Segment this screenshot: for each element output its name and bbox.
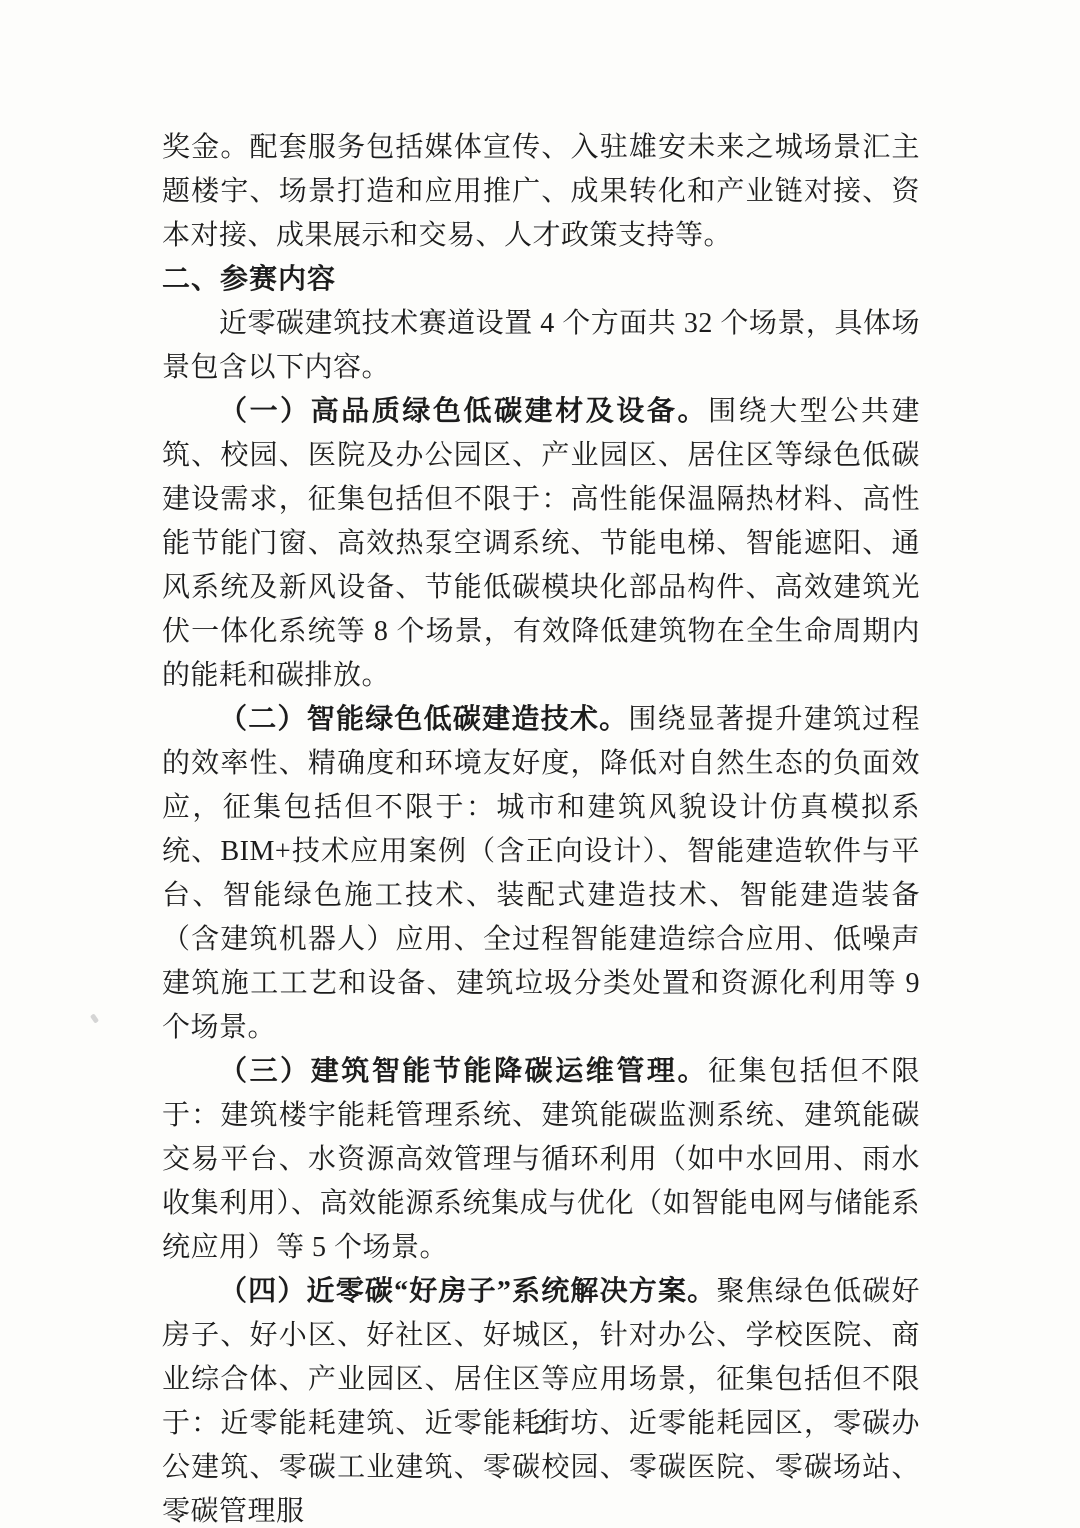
- paragraph-lead-bold: （三）建筑智能节能降碳运维管理。: [219, 1056, 708, 1087]
- paragraph-lead-bold: （一）高品质绿色低碳建材及设备。: [219, 396, 708, 427]
- paragraph-item-1: （一）高品质绿色低碳建材及设备。围绕大型公共建筑、校园、医院及办公园区、产业园区…: [162, 390, 920, 698]
- paragraph-text: 征集包括但不限于：建筑楼宇能耗管理系统、建筑能碳监测系统、建筑能碳交易平台、水资…: [162, 1056, 920, 1263]
- paragraph-text: 围绕大型公共建筑、校园、医院及办公园区、产业园区、居住区等绿色低碳建设需求，征集…: [162, 396, 920, 691]
- section-heading: 二、参赛内容: [162, 258, 920, 302]
- paragraph-item-3: （三）建筑智能节能降碳运维管理。征集包括但不限于：建筑楼宇能耗管理系统、建筑能碳…: [162, 1050, 920, 1270]
- paragraph-intro: 近零碳建筑技术赛道设置 4 个方面共 32 个场景，具体场景包含以下内容。: [162, 302, 920, 390]
- paragraph-lead-bold: 二、参赛内容: [162, 264, 336, 295]
- paragraph-item-4: （四）近零碳“好房子”系统解决方案。聚焦绿色低碳好房子、好小区、好社区、好城区，…: [162, 1270, 920, 1528]
- paragraph-item-2: （二）智能绿色低碳建造技术。围绕显著提升建筑过程的效率性、精确度和环境友好度，降…: [162, 698, 920, 1050]
- document-page: 奖金。配套服务包括媒体宣传、入驻雄安未来之城场景汇主题楼宇、场景打造和应用推广、…: [0, 0, 1080, 1528]
- paragraph-lead-bold: （二）智能绿色低碳建造技术。: [219, 704, 628, 735]
- paragraph-continuation: 奖金。配套服务包括媒体宣传、入驻雄安未来之城场景汇主题楼宇、场景打造和应用推广、…: [162, 126, 920, 258]
- paragraph-text: 奖金。配套服务包括媒体宣传、入驻雄安未来之城场景汇主题楼宇、场景打造和应用推广、…: [162, 132, 920, 251]
- paragraph-text: 近零碳建筑技术赛道设置 4 个方面共 32 个场景，具体场景包含以下内容。: [162, 308, 920, 383]
- paragraph-text: 围绕显著提升建筑过程的效率性、精确度和环境友好度，降低对自然生态的负面效应，征集…: [162, 704, 920, 1043]
- scan-artifact-speck: [90, 1013, 99, 1023]
- paragraph-lead-bold: （四）近零碳“好房子”系统解决方案。: [219, 1276, 716, 1307]
- document-body: 奖金。配套服务包括媒体宣传、入驻雄安未来之城场景汇主题楼宇、场景打造和应用推广、…: [162, 126, 920, 1528]
- page-number: 2: [0, 1402, 1080, 1446]
